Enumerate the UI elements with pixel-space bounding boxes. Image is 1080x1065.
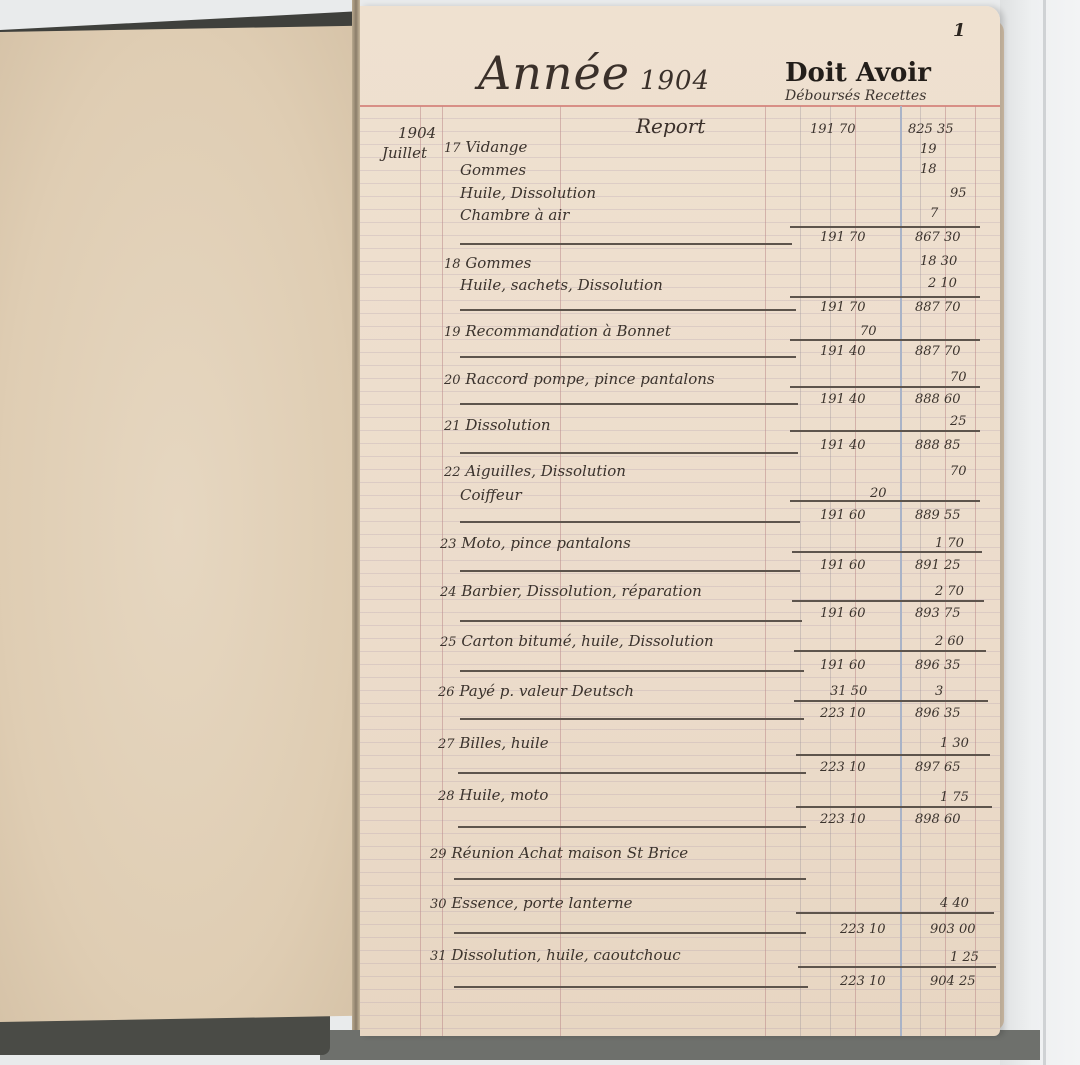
- entry-line: Payé p. valeur Deutsch: [459, 682, 634, 700]
- balance-doit: 223 10: [820, 706, 866, 721]
- entry-rule: [460, 521, 800, 523]
- balance-avoir: 896 35: [915, 706, 961, 721]
- entry-31: 31 Dissolution, huile, caoutchouc: [430, 946, 681, 964]
- entry-day: 27: [438, 737, 455, 752]
- book-spine: [352, 0, 360, 1030]
- entry-19: 19 Recommandation à Bonnet: [444, 322, 671, 340]
- balance-avoir: 888 85: [915, 438, 961, 453]
- columns-header: Doit Avoir: [785, 58, 931, 88]
- amount: 31 50: [830, 684, 867, 699]
- entry-30: 30 Essence, porte lanterne: [430, 894, 633, 912]
- subtotal-rule: [790, 339, 980, 341]
- amount: 7: [930, 206, 938, 221]
- amount: 70: [860, 324, 877, 339]
- date-year: 1904: [398, 124, 436, 142]
- entry-day: 28: [438, 789, 455, 804]
- amount: 1 30: [940, 736, 969, 751]
- balance-avoir: 896 35: [915, 658, 961, 673]
- entry-rule: [460, 309, 796, 311]
- subtotal-rule: [790, 386, 980, 388]
- amount: 95: [950, 186, 967, 201]
- subtotal-rule: [792, 551, 982, 553]
- entry-line: Réunion Achat maison St Brice: [451, 844, 688, 862]
- entry-line: Gommes: [460, 161, 526, 179]
- page-number: 1: [953, 20, 966, 41]
- entry-rule: [458, 772, 806, 774]
- entry-day: 25: [440, 635, 457, 650]
- entry-rule: [460, 452, 798, 454]
- entry-day: 18: [444, 257, 461, 272]
- entry-rule: [454, 986, 808, 988]
- balance-doit: 223 10: [820, 812, 866, 827]
- balance-doit: 191 40: [820, 438, 866, 453]
- balance-doit: 191 60: [820, 658, 866, 673]
- subtotal-rule: [792, 600, 984, 602]
- entry-line: Recommandation à Bonnet: [465, 322, 670, 340]
- entry-line: Dissolution: [465, 416, 550, 434]
- subtotal-rule: [796, 754, 990, 756]
- balance-doit: 191 60: [820, 558, 866, 573]
- subtotal-rule: [794, 650, 986, 652]
- amount: 20: [870, 486, 887, 501]
- balance-avoir: 893 75: [915, 606, 961, 621]
- entry-line: Coiffeur: [460, 486, 522, 504]
- entry-27: 27 Billes, huile: [438, 734, 549, 752]
- balance-doit: 223 10: [820, 760, 866, 775]
- entry-line: Huile, sachets, Dissolution: [460, 276, 663, 294]
- entry-rule: [458, 826, 806, 828]
- amount: 18 30: [920, 254, 957, 269]
- entry-line: Moto, pince pantalons: [461, 534, 630, 552]
- report-avoir: 825 35: [908, 122, 954, 137]
- date-month: Juillet: [382, 144, 427, 162]
- amount: 2 70: [935, 584, 964, 599]
- balance-doit: 191 70: [820, 230, 866, 245]
- date-column-rule: [420, 106, 421, 1036]
- glass-edge: [1043, 0, 1046, 1065]
- entry-line: Huile, Dissolution: [460, 184, 596, 202]
- entry-rule: [460, 243, 792, 245]
- amount: 1 25: [950, 950, 979, 965]
- balance-avoir: 867 30: [915, 230, 961, 245]
- subtotal-rule: [796, 912, 994, 914]
- entry-line: Raccord pompe, pince pantalons: [465, 370, 714, 388]
- balance-doit: 191 40: [820, 392, 866, 407]
- entry-line: Huile, moto: [459, 786, 548, 804]
- entry-day: 29: [430, 847, 447, 862]
- entry-day: 26: [438, 685, 455, 700]
- title-word: Année: [478, 46, 630, 100]
- amount: 70: [950, 370, 967, 385]
- subtotal-rule: [794, 700, 988, 702]
- entry-day: 20: [444, 373, 461, 388]
- entry-rule: [460, 403, 798, 405]
- subtotal-rule: [796, 806, 992, 808]
- balance-avoir: 888 60: [915, 392, 961, 407]
- entry-rule: [460, 670, 804, 672]
- page-title: Année1904: [478, 46, 710, 100]
- left-page-blank: [0, 26, 357, 1022]
- report-doit: 191 70: [810, 122, 856, 137]
- ledger-page: 1 Année1904 Doit Avoir Déboursés Recette…: [360, 6, 1000, 1036]
- subtotal-rule: [790, 430, 980, 432]
- entry-line: Gommes: [465, 254, 531, 272]
- subtotal-rule: [790, 226, 980, 228]
- subtotal-rule: [798, 966, 996, 968]
- balance-doit: 191 40: [820, 344, 866, 359]
- entry-18: 18 Gommes: [444, 254, 531, 272]
- balance-avoir: 887 70: [915, 300, 961, 315]
- amount: 1 75: [940, 790, 969, 805]
- entry-day: 23: [440, 537, 457, 552]
- entry-day: 22: [444, 465, 461, 480]
- balance-avoir: 903 00: [930, 922, 976, 937]
- amount: 19: [920, 142, 937, 157]
- amount: 70: [950, 464, 967, 479]
- header-red-rule: [360, 105, 1000, 107]
- amount: 3: [935, 684, 943, 699]
- balance-avoir: 891 25: [915, 558, 961, 573]
- report-label: Report: [636, 114, 705, 138]
- balance-avoir: 904 25: [930, 974, 976, 989]
- entry-20: 20 Raccord pompe, pince pantalons: [444, 370, 715, 388]
- entry-line: Essence, porte lanterne: [451, 894, 632, 912]
- entry-day: 17: [444, 141, 461, 156]
- balance-doit: 191 70: [820, 300, 866, 315]
- balance-doit: 223 10: [840, 922, 886, 937]
- entry-rule: [460, 356, 796, 358]
- entry-line: Billes, huile: [459, 734, 548, 752]
- amount: 25: [950, 414, 967, 429]
- debit-credit-divider: [900, 106, 902, 1036]
- balance-avoir: 897 65: [915, 760, 961, 775]
- subtotal-rule: [790, 296, 980, 298]
- amount: 18: [920, 162, 937, 177]
- amount: 2 10: [928, 276, 957, 291]
- background-wall: [1000, 0, 1080, 1065]
- title-year: 1904: [640, 66, 710, 96]
- entry-28: 28 Huile, moto: [438, 786, 548, 804]
- avoir-end-rule: [975, 106, 976, 1036]
- entry-22: 22 Aiguilles, Dissolution: [444, 462, 626, 480]
- balance-doit: 191 60: [820, 606, 866, 621]
- subtotal-rule: [790, 500, 980, 502]
- columns-subheader: Déboursés Recettes: [785, 88, 926, 104]
- balance-avoir: 887 70: [915, 344, 961, 359]
- entry-line: Carton bitumé, huile, Dissolution: [461, 632, 713, 650]
- entry-line: Aiguilles, Dissolution: [465, 462, 626, 480]
- entry-line: Chambre à air: [460, 206, 569, 224]
- entry-29: 29 Réunion Achat maison St Brice: [430, 844, 688, 862]
- amount: 2 60: [935, 634, 964, 649]
- entry-line: Dissolution, huile, caoutchouc: [451, 946, 680, 964]
- entry-rule: [460, 718, 804, 720]
- amount: 1 70: [935, 536, 964, 551]
- entry-rule: [454, 878, 806, 880]
- money-rule: [800, 106, 801, 1036]
- entry-day: 19: [444, 325, 461, 340]
- balance-doit: 191 60: [820, 508, 866, 523]
- entry-23: 23 Moto, pince pantalons: [440, 534, 631, 552]
- entry-day: 31: [430, 949, 447, 964]
- balance-avoir: 898 60: [915, 812, 961, 827]
- entry-rule: [460, 620, 802, 622]
- entry-day: 21: [444, 419, 461, 434]
- entry-17: 17 Vidange: [444, 138, 527, 156]
- entry-25: 25 Carton bitumé, huile, Dissolution: [440, 632, 714, 650]
- entry-26: 26 Payé p. valeur Deutsch: [438, 682, 634, 700]
- balance-doit: 223 10: [840, 974, 886, 989]
- balance-avoir: 889 55: [915, 508, 961, 523]
- entry-21: 21 Dissolution: [444, 416, 551, 434]
- entry-24: 24 Barbier, Dissolution, réparation: [440, 582, 702, 600]
- entry-rule: [460, 570, 800, 572]
- entry-day: 30: [430, 897, 447, 912]
- entry-line: Barbier, Dissolution, réparation: [461, 582, 701, 600]
- amount: 4 40: [940, 896, 969, 911]
- entry-rule: [454, 932, 806, 934]
- entry-line: Vidange: [465, 138, 527, 156]
- entry-day: 24: [440, 585, 457, 600]
